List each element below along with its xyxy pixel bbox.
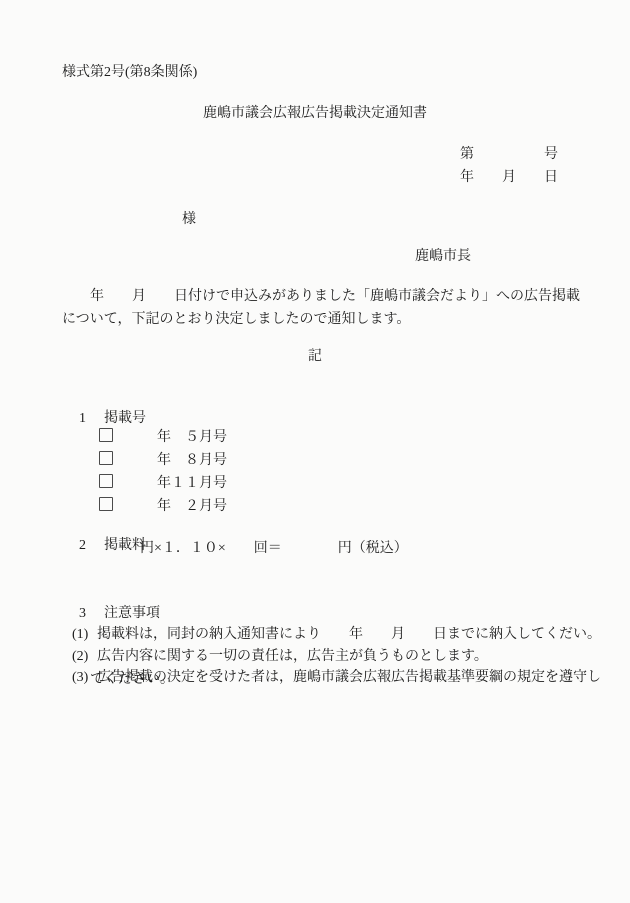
issue-label-february: 年 ２月号: [157, 499, 227, 514]
body-paragraph-line2: について，下記のとおり決定しましたので通知します。: [62, 310, 410, 329]
document-page: 様式第2号(第8条関係) 鹿嶋市議会広報広告掲載決定通知書 第 号 年 月 日 …: [0, 0, 630, 903]
section2-heading-line: 2掲載料: [65, 517, 146, 574]
document-title: 鹿嶋市議会広報広告掲載決定通知書: [0, 104, 630, 123]
fee-formula: 円×１．１０× 回＝ 円（税込）: [140, 539, 408, 558]
document-number-line: 第 号: [460, 145, 558, 164]
record-mark: 記: [0, 347, 630, 366]
date-line: 年 月 日: [460, 168, 558, 187]
body-paragraph-line1: 年 月 日付けで申込みがありました「鹿嶋市議会だより」への広告掲載: [62, 287, 580, 306]
addressee-sama: 様: [182, 210, 196, 229]
section2-number: 2: [79, 536, 104, 555]
sender-mayor: 鹿嶋市長: [415, 247, 471, 266]
note-3-continued: てください。: [90, 670, 174, 689]
checkbox-february-issue-icon[interactable]: [99, 497, 113, 511]
form-number: 様式第2号(第8条関係): [62, 63, 197, 82]
